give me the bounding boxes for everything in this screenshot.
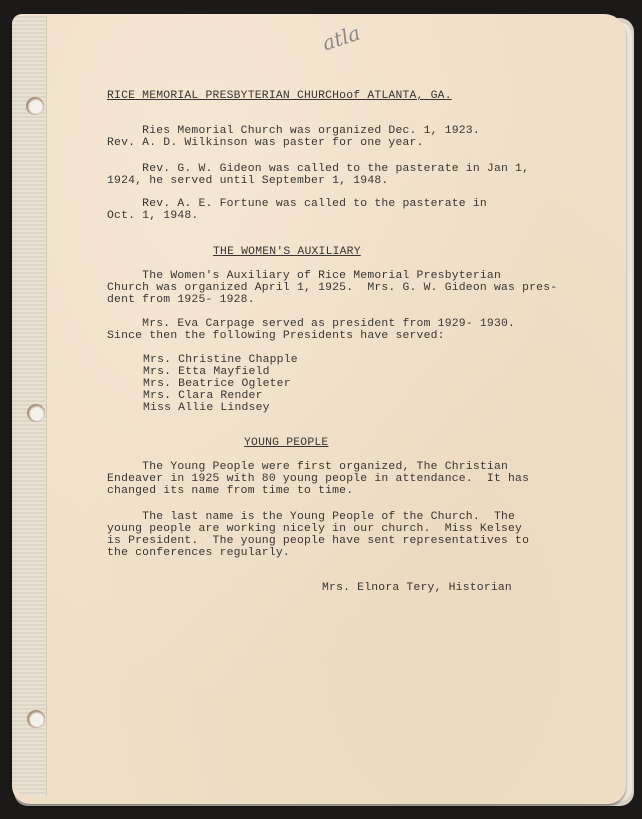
binding-hole-icon bbox=[26, 97, 44, 115]
history-line: 1924, he served until September 1, 1948. bbox=[107, 175, 388, 187]
section-heading-young-people: YOUNG PEOPLE bbox=[244, 437, 328, 449]
auxiliary-line: Mrs. Eva Carpage served as president fro… bbox=[107, 318, 515, 330]
young-people-line: the conferences regularly. bbox=[107, 547, 290, 559]
auxiliary-line: Since then the following Presidents have… bbox=[107, 330, 445, 342]
history-line: Rev. G. W. Gideon was called to the past… bbox=[107, 163, 529, 175]
president-name: Mrs. Clara Render bbox=[143, 390, 263, 402]
young-people-line: Endeaver in 1925 with 80 young people in… bbox=[107, 473, 529, 485]
auxiliary-line: The Women's Auxiliary of Rice Memorial P… bbox=[107, 270, 501, 282]
young-people-line: The Young People were first organized, T… bbox=[107, 461, 508, 473]
president-name: Mrs. Etta Mayfield bbox=[143, 366, 270, 378]
president-name: Mrs. Christine Chapple bbox=[143, 354, 298, 366]
president-name: Mrs. Beatrice Ogleter bbox=[143, 378, 291, 390]
signature: Mrs. Elnora Tery, Historian bbox=[322, 582, 512, 594]
young-people-line: young people are working nicely in our c… bbox=[107, 523, 522, 535]
history-line: Ries Memorial Church was organized Dec. … bbox=[107, 125, 480, 137]
young-people-line: is President. The young people have sent… bbox=[107, 535, 529, 547]
history-line: Oct. 1, 1948. bbox=[107, 210, 198, 222]
young-people-line: changed its name from time to time. bbox=[107, 485, 353, 497]
auxiliary-line: dent from 1925- 1928. bbox=[107, 294, 255, 306]
president-name: Miss Allie Lindsey bbox=[143, 402, 270, 414]
section-heading-womens-auxiliary: THE WOMEN'S AUXILIARY bbox=[213, 246, 361, 258]
history-line: Rev. A. E. Fortune was called to the pas… bbox=[107, 198, 487, 210]
auxiliary-line: Church was organized April 1, 1925. Mrs.… bbox=[107, 282, 557, 294]
binding-hole-icon bbox=[27, 404, 45, 422]
binding-hole-icon bbox=[27, 710, 45, 728]
history-line: Rev. A. D. Wilkinson was paster for one … bbox=[107, 137, 424, 149]
document-title: RICE MEMORIAL PRESBYTERIAN CHURCHoof ATL… bbox=[107, 90, 452, 102]
young-people-line: The last name is the Young People of the… bbox=[107, 511, 515, 523]
